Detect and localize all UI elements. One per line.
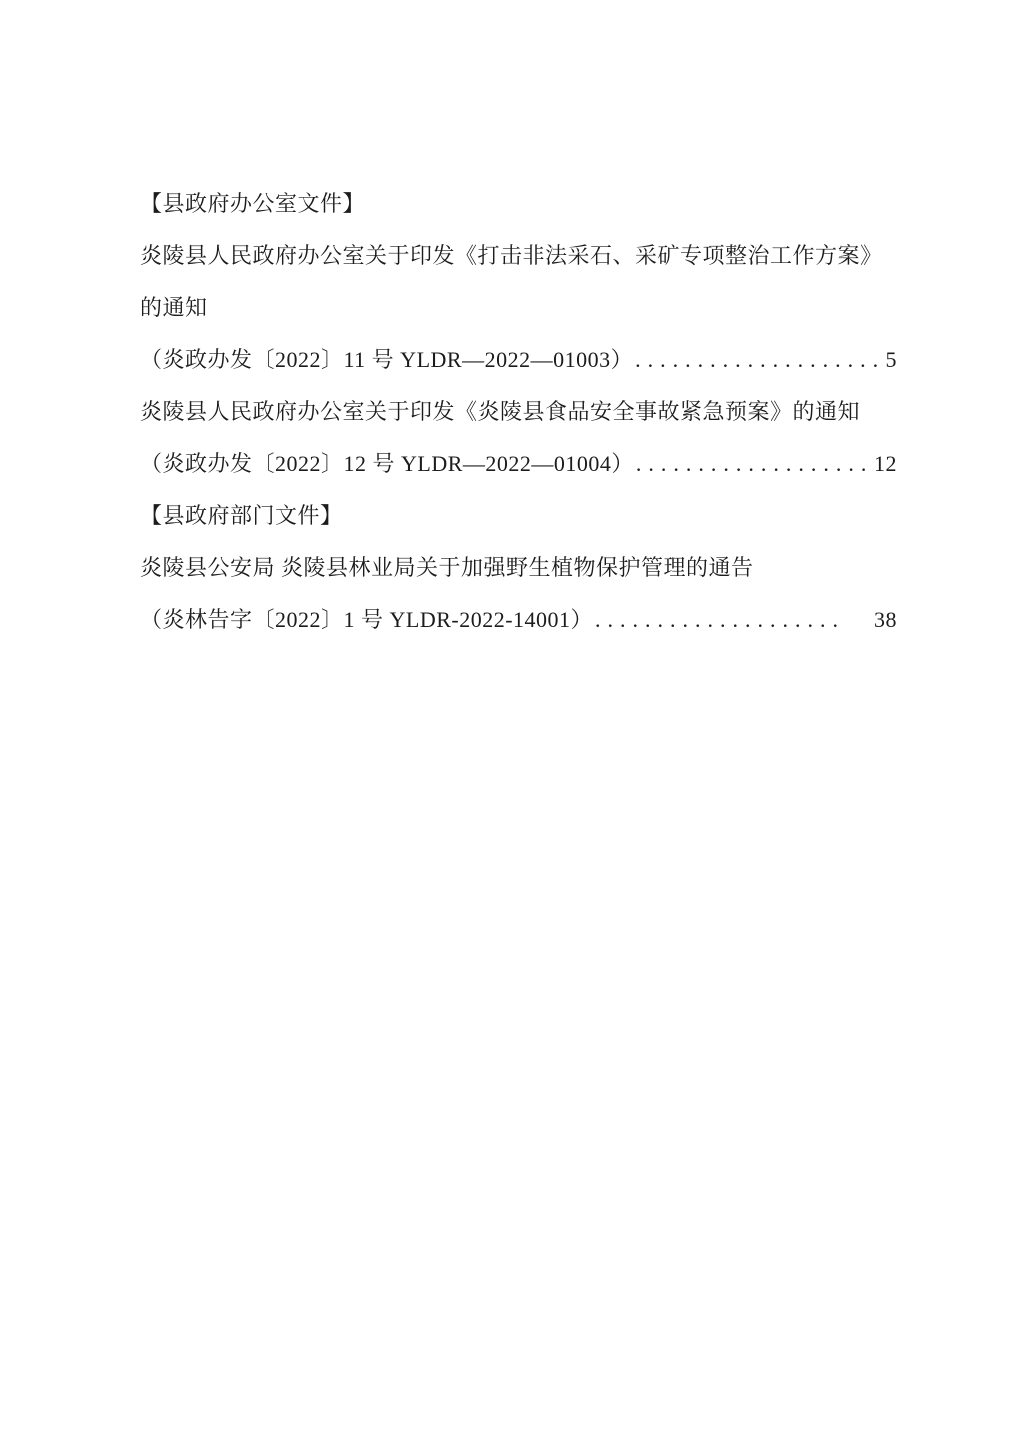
entry-title-continued: 的通知 [140,282,897,334]
entry-doc-number: （炎林告字〔2022〕1 号 YLDR-2022-14001） [140,594,593,646]
table-of-contents: 【县政府办公室文件】 炎陵县人民政府办公室关于印发《打击非法采石、采矿专项整治工… [140,178,897,646]
entry-page-number: 38 [874,594,897,646]
document-page: 【县政府办公室文件】 炎陵县人民政府办公室关于印发《打击非法采石、采矿专项整治工… [0,0,1024,1448]
entry-title: 炎陵县人民政府办公室关于印发《打击非法采石、采矿专项整治工作方案》 [140,230,897,282]
entry-doc-number: （炎政办发〔2022〕11 号 YLDR—2022—01003） [140,334,633,386]
entry-ref-line: （炎政办发〔2022〕11 号 YLDR—2022—01003） .......… [140,334,897,386]
dot-leader: ..................... [633,334,885,386]
entry-ref-line: （炎林告字〔2022〕1 号 YLDR-2022-14001） ........… [140,594,897,646]
entry-ref-line: （炎政办发〔2022〕12 号 YLDR—2022—01004） .......… [140,438,897,490]
dot-leader: ..................... [634,438,874,490]
dot-leader: .................... [593,594,874,646]
entry-doc-number: （炎政办发〔2022〕12 号 YLDR—2022—01004） [140,438,634,490]
entry-title: 炎陵县公安局 炎陵县林业局关于加强野生植物保护管理的通告 [140,542,897,594]
section-heading: 【县政府部门文件】 [140,490,897,542]
entry-page-number: 5 [886,334,898,386]
entry-title: 炎陵县人民政府办公室关于印发《炎陵县食品安全事故紧急预案》的通知 [140,386,897,438]
entry-page-number: 12 [874,438,897,490]
section-heading: 【县政府办公室文件】 [140,178,897,230]
